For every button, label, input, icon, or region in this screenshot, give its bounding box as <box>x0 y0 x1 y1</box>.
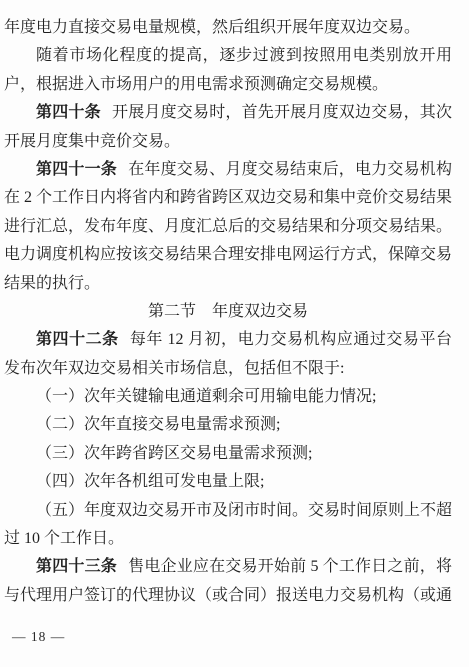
text-line: 随着市场化程度的提高，逐步过渡到按照用电类别放开用 <box>4 42 452 70</box>
line-text: 第二节 年度双边交易 <box>148 303 308 320</box>
line-text: 随着市场化程度的提高，逐步过渡到按照用电类别放开用 <box>36 47 452 64</box>
text-line: 过 10 个工作日。 <box>4 525 452 553</box>
line-text: 年度电力直接交易电量规模，然后组织开展年度双边交易。 <box>4 19 420 36</box>
text-line: 电力调度机构应按该交易结果合理安排电网运行方式，保障交易 <box>4 241 452 269</box>
text-line: （五）年度双边交易开市及闭市时间。交易时间原则上不超 <box>4 497 452 525</box>
line-text: 过 10 个工作日。 <box>4 530 124 547</box>
line-text: 每年 12 月初，电力交易机构应通过交易平台 <box>130 331 452 348</box>
article-number: 第四十一条 <box>36 161 117 178</box>
line-text: 开展月度交易时，首先开展月度双边交易，其次 <box>112 104 452 121</box>
text-line: 发布次年双边交易相关市场信息，包括但不限于: <box>4 355 452 383</box>
article-number: 第四十三条 <box>36 558 117 575</box>
text-line: 结果的执行。 <box>4 270 452 298</box>
line-text: 进行汇总，发布年度、月度汇总后的交易结果和分项交易结果。 <box>4 218 452 235</box>
text-line: （四）次年各机组可发电量上限; <box>4 468 452 496</box>
text-line: 进行汇总，发布年度、月度汇总后的交易结果和分项交易结果。 <box>4 213 452 241</box>
page-number: — 18 — <box>12 629 65 645</box>
line-text: （二）次年直接交易电量需求预测; <box>36 416 280 433</box>
line-text: 与代理用户签订的代理协议（或合同）报送电力交易机构（或通 <box>4 587 452 604</box>
text-line: 户，根据进入市场用户的用电需求预测确定交易规模。 <box>4 71 452 99</box>
text-line: 与代理用户签订的代理协议（或合同）报送电力交易机构（或通 <box>4 582 452 610</box>
text-line: 在 2 个工作日内将省内和跨省跨区双边交易和集中竞价交易结果 <box>4 184 452 212</box>
document-page: 年度电力直接交易电量规模，然后组织开展年度双边交易。随着市场化程度的提高，逐步过… <box>0 0 469 667</box>
line-text: 开展月度集中竞价交易。 <box>4 133 180 150</box>
line-text: （三）次年跨省跨区交易电量需求预测; <box>36 445 312 462</box>
line-text: 在年度交易、月度交易结束后，电力交易机构 <box>128 161 452 178</box>
document-body: 年度电力直接交易电量规模，然后组织开展年度双边交易。随着市场化程度的提高，逐步过… <box>4 14 452 610</box>
article-number: 第四十二条 <box>36 331 119 348</box>
line-text: （一）次年关键输电通道剩余可用输电能力情况; <box>36 388 376 405</box>
line-text: 结果的执行。 <box>4 275 100 292</box>
text-line: 开展月度集中竞价交易。 <box>4 128 452 156</box>
text-line: 第四十二条每年 12 月初，电力交易机构应通过交易平台 <box>4 326 452 354</box>
text-line: 第四十三条售电企业应在交易开始前 5 个工作日之前，将 <box>4 553 452 581</box>
line-text: 户，根据进入市场用户的用电需求预测确定交易规模。 <box>4 76 388 93</box>
text-line: 第四十条开展月度交易时，首先开展月度双边交易，其次 <box>4 99 452 127</box>
line-text: 在 2 个工作日内将省内和跨省跨区双边交易和集中竞价交易结果 <box>4 189 452 206</box>
line-text: 售电企业应在交易开始前 5 个工作日之前，将 <box>128 558 452 575</box>
section-heading: 第二节 年度双边交易 <box>4 298 452 326</box>
line-text: （四）次年各机组可发电量上限; <box>36 473 264 490</box>
text-line: 第四十一条在年度交易、月度交易结束后，电力交易机构 <box>4 156 452 184</box>
text-line: （二）次年直接交易电量需求预测; <box>4 411 452 439</box>
line-text: 发布次年双边交易相关市场信息，包括但不限于: <box>4 360 344 377</box>
text-line: （一）次年关键输电通道剩余可用输电能力情况; <box>4 383 452 411</box>
article-number: 第四十条 <box>36 104 101 121</box>
line-text: （五）年度双边交易开市及闭市时间。交易时间原则上不超 <box>36 502 452 519</box>
text-line: （三）次年跨省跨区交易电量需求预测; <box>4 440 452 468</box>
text-line: 年度电力直接交易电量规模，然后组织开展年度双边交易。 <box>4 14 452 42</box>
line-text: 电力调度机构应按该交易结果合理安排电网运行方式，保障交易 <box>4 246 452 263</box>
